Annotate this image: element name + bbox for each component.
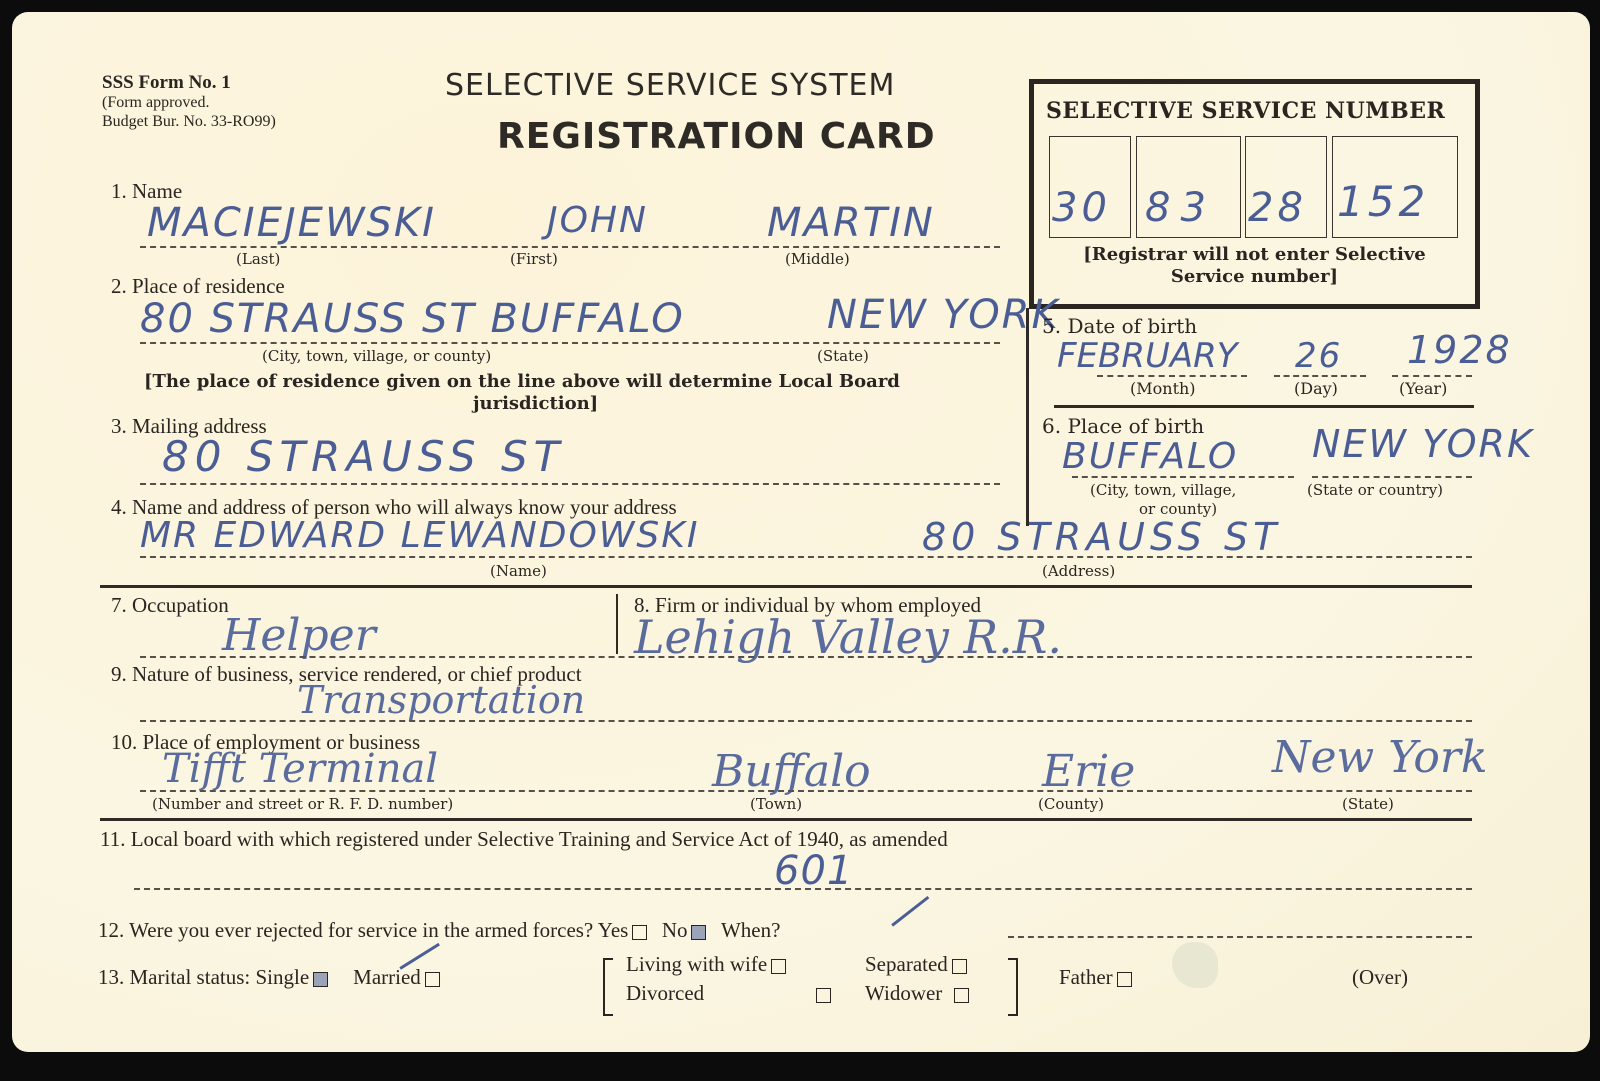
dob-year-value: 1928 [1407,328,1512,372]
rejected-when-line [1008,936,1472,938]
living-with-wife-checkbox[interactable] [771,959,786,974]
pob-state-value: NEW YORK [1312,422,1534,466]
caption-day: (Day) [1294,379,1338,398]
caption-employment-town: (Town) [750,795,802,813]
left-bracket [603,958,613,1016]
marital-father: Father [1059,965,1136,990]
caption-pob-state: (State or country) [1307,481,1443,499]
caption-employment-state: (State) [1342,795,1394,813]
occupation-value: Helper [222,610,376,661]
caption-contact-name: (Name) [490,562,547,580]
marital-separated: Separated [865,952,971,977]
contact-line [140,556,1472,558]
dob-year-line [1392,375,1472,377]
agency-name: SELECTIVE SERVICE SYSTEM [445,68,895,103]
last-name-value: MACIEJEWSKI [147,200,436,246]
marital-widower: Widower [865,981,973,1006]
marital-label-group: 13. Marital status: Single Married [98,965,444,990]
caption-first: (First) [510,250,558,268]
pob-city-value: BUFFALO [1062,436,1238,477]
column-divider [1026,308,1029,526]
caption-employment-street: (Number and street or R. F. D. number) [152,795,453,813]
right-bracket [1008,958,1018,1016]
residence-note-line1: [The place of residence given on the lin… [144,371,900,392]
marital-living-with-wife: Living with wife [626,952,790,977]
section-divider-top [100,585,1472,588]
widower-checkbox[interactable] [954,988,969,1003]
separated-checkbox[interactable] [952,959,967,974]
ssn-note-line2: Service number] [1034,266,1475,287]
pob-label: 6. Place of birth [1042,414,1204,438]
dob-label: 5. Date of birth [1042,314,1197,338]
caption-year: (Year) [1399,379,1447,398]
mailing-value: 80 STRAUSS ST [162,432,565,481]
form-number: SSS Form No. 1 [102,72,231,94]
dob-month-line [1097,375,1247,377]
marital-divorced: Divorced [626,981,704,1006]
occupation-employer-divider [616,594,618,654]
pob-state-line [1312,476,1472,478]
caption-residence-state: (State) [817,347,869,365]
marital-married-checkbox[interactable] [425,972,440,987]
dob-month-value: FEBRUARY [1057,336,1238,376]
father-label: Father [1059,965,1113,989]
caption-residence-city: (City, town, village, or county) [262,347,491,365]
living-with-wife-label: Living with wife [626,952,767,976]
occupation-line [140,656,1472,658]
registration-card: SSS Form No. 1 (Form approved. Budget Bu… [12,12,1590,1052]
residence-line [140,342,1000,344]
local-board-line [134,888,1472,890]
employment-line [140,790,1472,792]
widower-label: Widower [865,981,942,1005]
rejected-row: 12. Were you ever rejected for service i… [98,918,780,943]
paper-stain [1172,942,1218,988]
employment-state-value: New York [1272,732,1488,783]
checkmark-no-icon [891,896,929,926]
divorced-label: Divorced [626,981,704,1005]
contact-name-value: MR EDWARD LEWANDOWSKI [140,515,699,556]
rejected-yes-checkbox[interactable] [632,925,647,940]
section-divider-bottom [100,818,1472,821]
dob-pob-divider [1054,405,1474,408]
caption-month: (Month) [1130,379,1196,398]
mailing-line [140,483,1000,485]
marital-single-label: Single [255,965,309,989]
separated-label: Separated [865,952,948,976]
rejected-no-label: No [662,918,688,942]
business-value: Transportation [297,678,585,722]
rejected-yes-label: Yes [598,918,629,942]
marital-label: 13. Marital status: [98,965,250,989]
contact-address-value: 80 STRAUSS ST [922,515,1281,559]
marital-married-label: Married [353,965,421,989]
rejected-label: 12. Were you ever rejected for service i… [98,918,593,942]
dob-day-line [1274,375,1366,377]
ssn-cell-2: 83 [1136,136,1241,238]
business-line [140,720,1472,722]
ssn-cell-4: 152 [1332,136,1458,238]
residence-note-line2: jurisdiction] [473,393,598,414]
over-indicator: (Over) [1352,965,1408,990]
ssn-cell-3: 28 [1245,136,1327,238]
page-title: REGISTRATION CARD [497,116,936,157]
ssn-cell-1: 30 [1049,136,1131,238]
caption-employment-county: (County) [1038,795,1104,813]
residence-state-value: NEW YORK [827,292,1060,338]
occupation-label: 7. Occupation [111,593,229,618]
name-line [140,246,1000,248]
caption-last: (Last) [236,250,280,268]
selective-service-number-box: SELECTIVE SERVICE NUMBER 30 83 28 152 [R… [1029,79,1480,309]
caption-contact-address: (Address) [1042,562,1115,580]
ssn-heading: SELECTIVE SERVICE NUMBER [1046,98,1445,124]
residence-city-value: 80 STRAUSS ST BUFFALO [140,296,685,342]
father-checkbox[interactable] [1117,972,1132,987]
employment-street-value: Tifft Terminal [162,746,438,792]
budget-bureau-number: Budget Bur. No. 33-RO99) [102,113,276,131]
first-name-value: JOHN [547,200,648,241]
dob-day-value: 26 [1295,336,1342,376]
pob-city-line [1072,476,1294,478]
caption-middle: (Middle) [785,250,850,268]
ssn-note-line1: [Registrar will not enter Selective [1034,244,1475,265]
middle-name-value: MARTIN [767,200,935,246]
caption-pob-city-2: or county) [1139,500,1217,518]
divorced-checkbox[interactable] [816,988,831,1003]
rejected-no-checkbox[interactable] [691,925,706,940]
caption-pob-city-1: (City, town, village, [1090,481,1236,499]
rejected-when-label: When? [721,918,780,942]
marital-single-checkbox[interactable] [313,972,328,987]
form-approved: (Form approved. [102,94,210,112]
